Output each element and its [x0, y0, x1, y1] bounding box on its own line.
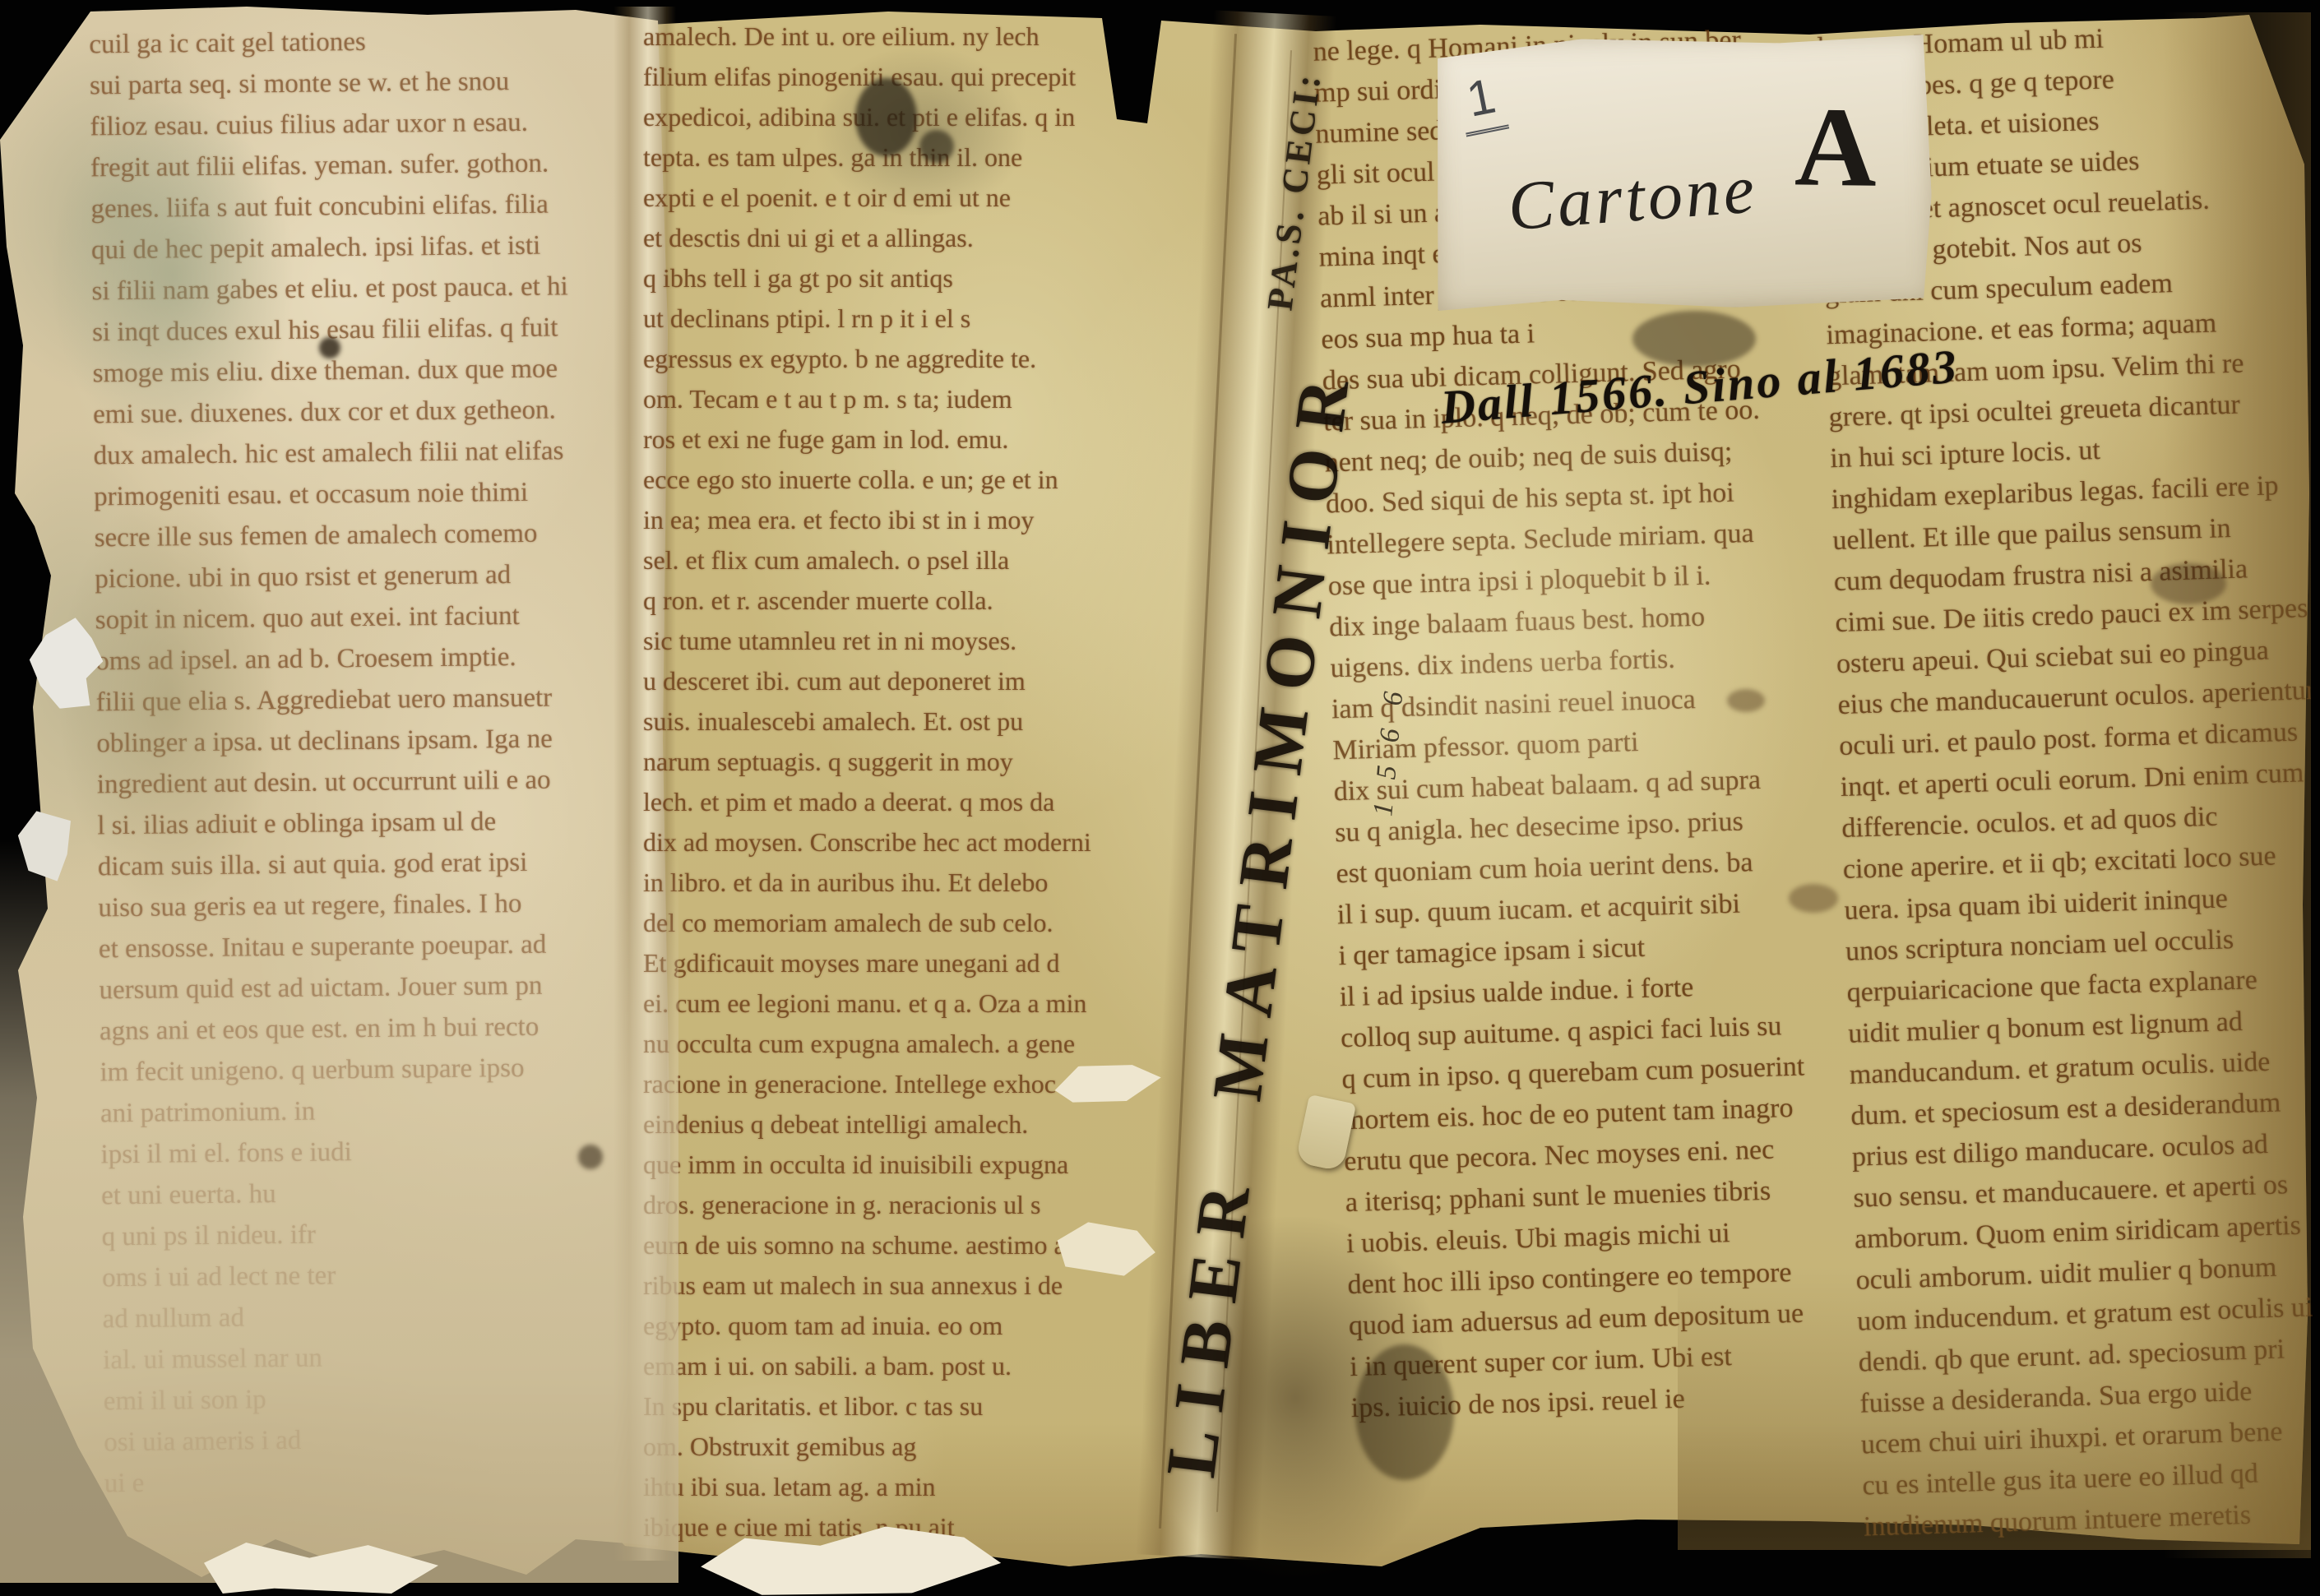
manuscript-line: sic tume utamnleu ret in ni moyses. — [643, 621, 1091, 661]
manuscript-line: et desctis dni ui gi et a allingas. — [643, 218, 1091, 258]
manuscript-line: si filii nam gabes et eliu. et post pauc… — [91, 266, 622, 312]
manuscript-line: primogeniti esau. et occasum noie thimi — [94, 471, 624, 518]
manuscript-line: racione in generacione. Intellege exhoc — [643, 1064, 1091, 1104]
manuscript-line: fregit aut filii elifas. yeman. sufer. g… — [90, 142, 621, 189]
manuscript-line: emi il ui son ip — [103, 1376, 633, 1423]
manuscript-line: dros. generacione in g. neracionis ul s — [643, 1185, 1091, 1225]
manuscript-line: uiso sua geris ea ut regere, finales. I … — [98, 882, 628, 929]
manuscript-line: et uni euerta. hu — [101, 1170, 632, 1217]
manuscript-line: sui parta seq. si monte se w. et he snou — [90, 60, 620, 107]
manuscript-line: q ron. et r. ascender muerte colla. — [643, 581, 1091, 621]
label-title-script: Cartone — [1505, 149, 1760, 247]
manuscript-line: smoge mis eliu. dixe theman. dux que moe — [92, 348, 623, 395]
manuscript-line: egypto. quom tam ad inuia. eo om — [643, 1306, 1091, 1346]
manuscript-line: ingredient aut desin. ut occurrunt uili … — [97, 759, 627, 806]
manuscript-line: eum de uis somno na schume. aestimo a — [643, 1225, 1091, 1265]
manuscript-line: secre ille sus femen de amalech comemo — [94, 512, 624, 559]
manuscript-line: in ea; mea era. et fecto ibi st in i moy — [643, 500, 1091, 540]
manuscript-line: picione. ubi in quo rsist et generum ad — [95, 553, 625, 600]
label-number-pencil: 1 — [1454, 66, 1510, 137]
manuscript-line: agns ani et eos que est. en im h bui rec… — [100, 1006, 630, 1052]
manuscript-line: ei. cum ee legioni manu. et q a. Oza a m… — [643, 983, 1091, 1024]
manuscript-line: oblinger a ipsa. ut declinans ipsam. Iga… — [96, 718, 627, 765]
manuscript-line: sopit in nicem. quo aut exei. int faciun… — [95, 594, 626, 641]
manuscript-line: ros et exi ne fuge gam in lod. emu. — [643, 419, 1091, 460]
manuscript-line: oms i ui ad lect ne ter — [102, 1252, 632, 1299]
manuscript-line: filii que elia s. Aggrediebat uero mansu… — [96, 677, 627, 724]
manuscript-line: q ibhs tell i ga gt po sit antiqs — [643, 258, 1091, 298]
manuscript-line: nu occulta cum expugna amalech. a gene — [643, 1024, 1091, 1064]
label-title-letter: A — [1794, 81, 1878, 212]
manuscript-line: que imm in occulta id inuisibili expugna — [643, 1145, 1091, 1185]
manuscript-line: eindenius q debeat intelligi amalech. — [643, 1104, 1091, 1145]
manuscript-line: Et gdificauit moyses mare unegani ad d — [643, 943, 1091, 983]
manuscript-line: uersum quid est ad uictam. Jouer sum pn — [99, 965, 629, 1011]
manuscript-line: ui e — [104, 1458, 634, 1505]
manuscript-line: ani patrimonium. in — [100, 1088, 631, 1135]
manuscript-scan: cuil ga ic cait gel tationessui parta se… — [0, 0, 2320, 1596]
manuscript-line: narum septuagis. q suggerit in moy — [643, 742, 1091, 782]
manuscript-line: del co memoriam amalech de sub celo. — [643, 903, 1091, 943]
manuscript-line: et ensosse. Initau e superante poeupar. … — [99, 923, 629, 970]
manuscript-line: dix ad moysen. Conscribe hec act moderni — [643, 822, 1091, 863]
manuscript-line: ihtu ibi sua. letam ag. a min — [643, 1467, 1091, 1507]
manuscript-line: emi sue. diuxenes. dux cor et dux getheo… — [93, 389, 623, 436]
manuscript-line: oms ad ipsel. an ad b. Croesem imptie. — [95, 636, 626, 682]
manuscript-line: In spu claritatis. et libor. c tas su — [643, 1386, 1091, 1427]
manuscript-line: ecce ego sto inuerte colla. e un; ge et … — [643, 460, 1091, 500]
manuscript-line: u desceret ibi. cum aut deponeret im — [643, 661, 1091, 701]
manuscript-line: ibique e ciue mi tatis. n pu ait — [643, 1507, 1091, 1547]
manuscript-column-middle: amalech. De int u. ore eilium. ny lechfi… — [643, 16, 1091, 1575]
manuscript-line: dicam suis illa. si aut quia. god erat i… — [98, 841, 628, 888]
manuscript-line: egressus ex egypto. b ne aggredite te. — [643, 339, 1091, 379]
manuscript-line: l si. ilias adiuit e oblinga ipsam ul de — [97, 800, 627, 847]
manuscript-line: dux amalech. hic est amalech filii nat e… — [93, 430, 623, 477]
manuscript-line: ad nullum ad — [102, 1293, 632, 1340]
manuscript-line: q uni ps il nideu. ifr — [101, 1211, 632, 1258]
manuscript-column-left: cuil ga ic cait gel tationessui parta se… — [89, 19, 636, 1571]
manuscript-line: amalech. De int u. ore eilium. ny lech — [643, 16, 1091, 57]
manuscript-line: genes. liifa s aut fuit concubini elifas… — [90, 183, 621, 230]
archival-label: 1 Cartone A — [1433, 32, 1934, 314]
manuscript-line: osi uia ameris i ad — [104, 1417, 634, 1464]
manuscript-line: si inqt duces exul his esau filii elifas… — [92, 307, 623, 354]
manuscript-line: ial. ui mussel nar un — [103, 1335, 633, 1381]
manuscript-line: filioz esau. cuius filius adar uxor n es… — [90, 101, 620, 148]
manuscript-line: ipsi il mi el. fons e iudi — [100, 1129, 631, 1176]
manuscript-line: om. Obstruxit gemibus ag — [643, 1427, 1091, 1467]
manuscript-line: suis. inualescebi amalech. Et. ost pu — [643, 701, 1091, 742]
manuscript-line: emam i ui. on sabili. a bam. post u. — [643, 1346, 1091, 1386]
manuscript-line: tepta. es tam ulpes. ga in thin il. one — [643, 137, 1091, 178]
manuscript-line: om. Tecam e t au t p m. s ta; iudem — [643, 379, 1091, 419]
manuscript-line: qui de hec pepit amalech. ipsi lifas. et… — [91, 224, 622, 271]
manuscript-line: im fecit unigeno. q uerbum supare ipso — [100, 1047, 630, 1094]
manuscript-line: expedicoi, adibina sui. et pti e elifas.… — [643, 97, 1091, 137]
manuscript-line: ribus eam ut malech in sua annexus i de — [643, 1265, 1091, 1306]
manuscript-line: in libro. et da in auribus ihu. Et deleb… — [643, 863, 1091, 903]
manuscript-line: expti e el poenit. e t oir d emi ut ne — [643, 178, 1091, 218]
manuscript-line: cuil ga ic cait gel tationes — [89, 19, 619, 66]
manuscript-line: sel. et flix cum amalech. o psel illa — [643, 540, 1091, 581]
manuscript-line: filium elifas pinogeniti esau. qui prece… — [643, 57, 1091, 97]
manuscript-line: ut declinans ptipi. l rn p it i el s — [643, 298, 1091, 339]
manuscript-line: lech. et pim et mado a deerat. q mos da — [643, 782, 1091, 822]
